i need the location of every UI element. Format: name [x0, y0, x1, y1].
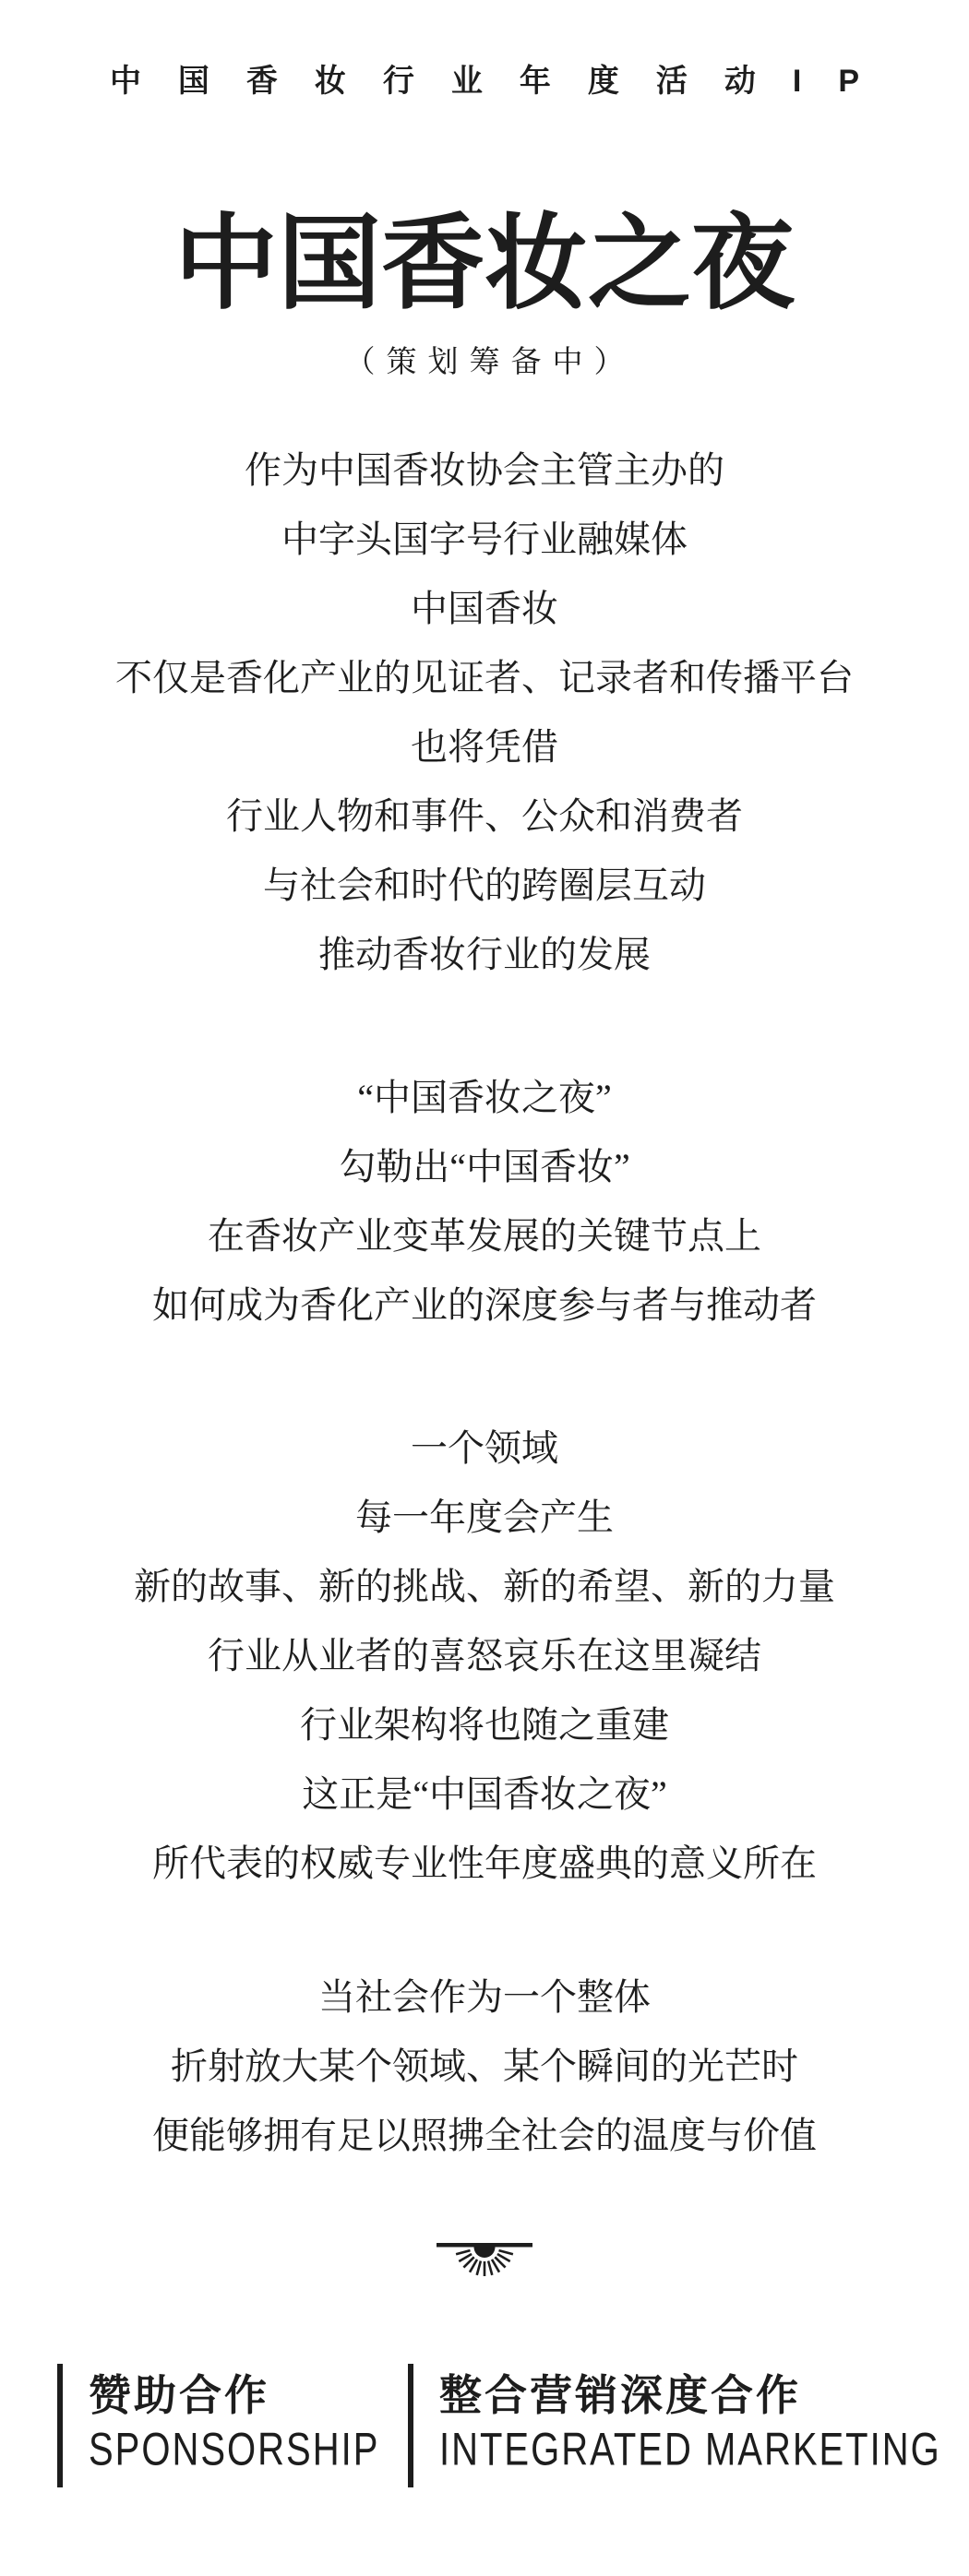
- paragraph-line: 与社会和时代的跨圈层互动: [0, 851, 969, 920]
- section-divider: [0, 2240, 969, 2281]
- paragraph-line: 行业人物和事件、公众和消费者: [0, 781, 969, 851]
- event-subtitle: （策划筹备中）: [0, 343, 969, 382]
- marketing-label-zh: 整合营销深度合作: [439, 2371, 801, 2421]
- sponsorship-label-en: SPONSORSHIP: [89, 2427, 379, 2473]
- event-header: 中国香妆行业年度活动IP: [0, 63, 969, 100]
- footer-divider-bar: [57, 2364, 63, 2487]
- poster-page: 中国香妆行业年度活动IP 中国香妆之夜 （策划筹备中） 作为中国香妆协会主管主办…: [0, 0, 969, 2576]
- paragraph-line: “中国香妆之夜”: [0, 1063, 969, 1132]
- paragraph-line: 行业架构将也随之重建: [0, 1690, 969, 1759]
- paragraph-line: 折射放大某个领域、某个瞬间的光芒时: [0, 2032, 969, 2101]
- paragraph-line: 中字头国字号行业融媒体: [0, 505, 969, 574]
- paragraph-line: 推动香妆行业的发展: [0, 920, 969, 989]
- marketing-label-en: INTEGRATED MARKETING: [439, 2427, 941, 2473]
- paragraph-line: 也将凭借: [0, 712, 969, 781]
- paragraph-line: 一个领域: [0, 1413, 969, 1483]
- paragraph-line: 在香妆产业变革发展的关键节点上: [0, 1201, 969, 1270]
- paragraph-line: 所代表的权威专业性年度盛典的意义所在: [0, 1829, 969, 1898]
- paragraph-line: 每一年度会产生: [0, 1483, 969, 1552]
- annual-meaning-paragraph: 一个领域 每一年度会产生 新的故事、新的挑战、新的希望、新的力量 行业从业者的喜…: [0, 1413, 969, 1898]
- event-title: 中国香妆之夜: [0, 205, 969, 325]
- society-paragraph: 当社会作为一个整体 折射放大某个领域、某个瞬间的光芒时 便能够拥有足以照拂全社会…: [0, 1962, 969, 2170]
- paragraph-line: 勾勒出“中国香妆”: [0, 1132, 969, 1201]
- paragraph-line: 新的故事、新的挑战、新的希望、新的力量: [0, 1552, 969, 1621]
- paragraph-line: 这正是“中国香妆之夜”: [0, 1759, 969, 1829]
- paragraph-line: 当社会作为一个整体: [0, 1962, 969, 2032]
- paragraph-line: 行业从业者的喜怒哀乐在这里凝结: [0, 1621, 969, 1690]
- paragraph-line: 作为中国香妆协会主管主办的: [0, 435, 969, 505]
- sponsorship-label-zh: 赞助合作: [89, 2371, 269, 2421]
- concept-paragraph: “中国香妆之夜” 勾勒出“中国香妆” 在香妆产业变革发展的关键节点上 如何成为香…: [0, 1063, 969, 1340]
- paragraph-line: 便能够拥有足以照拂全社会的温度与价值: [0, 2101, 969, 2170]
- paragraph-line: 如何成为香化产业的深度参与者与推动者: [0, 1270, 969, 1340]
- paragraph-line: 中国香妆: [0, 574, 969, 643]
- paragraph-line: 不仅是香化产业的见证者、记录者和传播平台: [0, 643, 969, 712]
- intro-paragraph: 作为中国香妆协会主管主办的 中字头国字号行业融媒体 中国香妆 不仅是香化产业的见…: [0, 435, 969, 989]
- light-rays-icon: [429, 2240, 540, 2281]
- footer-divider-bar: [408, 2364, 413, 2487]
